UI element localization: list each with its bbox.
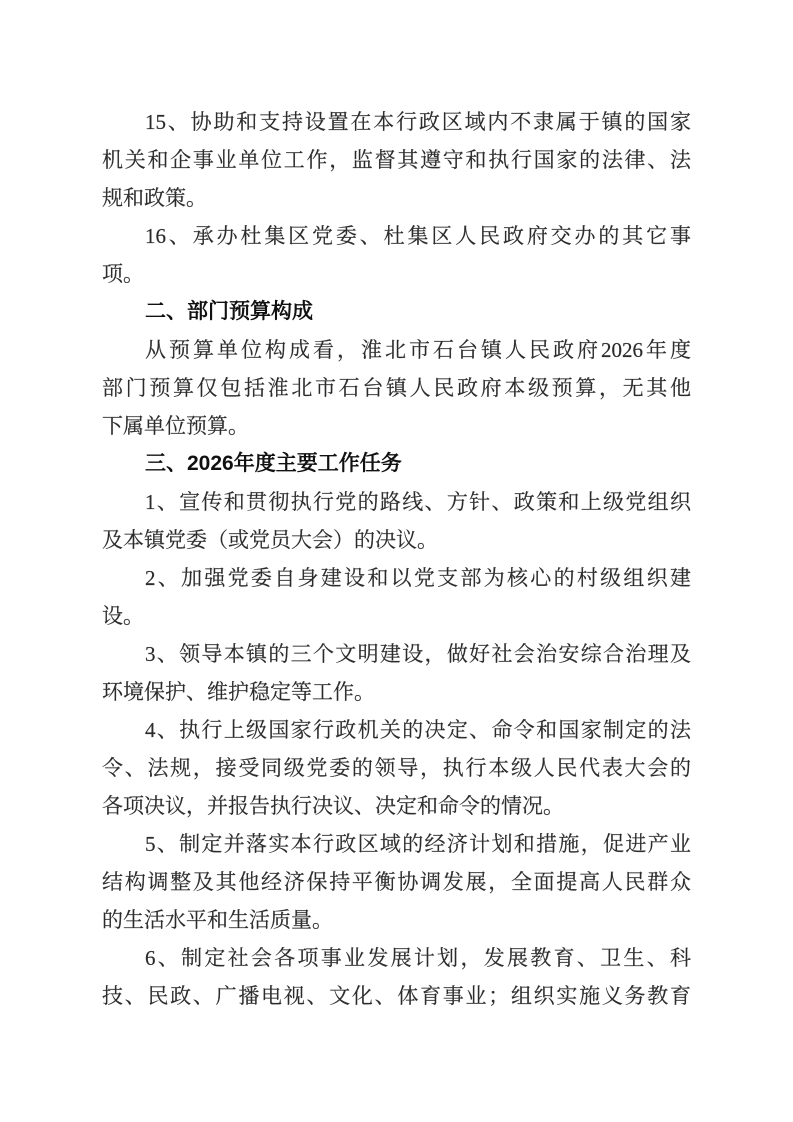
text-line: 6、制定社会各项事业发展计划，发展教育、卫生、科: [102, 939, 691, 977]
section-heading-text: 二、部门预算构成: [102, 293, 691, 331]
text-line: 3、领导本镇的三个文明建设，做好社会治安综合治理及: [102, 635, 691, 673]
text-line: 的生活水平和生活质量。: [102, 901, 691, 939]
text-line: 2、加强党委自身建设和以党支部为核心的村级组织建: [102, 559, 691, 597]
text-line: 环境保护、维护稳定等工作。: [102, 673, 691, 711]
paragraph: 1、宣传和贯彻执行党的路线、方针、政策和上级党组织及本镇党委（或党员大会）的决议…: [102, 483, 691, 559]
text-line: 规和政策。: [102, 179, 691, 217]
paragraph: 4、执行上级国家行政机关的决定、命令和国家制定的法令、法规，接受同级党委的领导，…: [102, 711, 691, 825]
paragraph: 16、承办杜集区党委、杜集区人民政府交办的其它事项。: [102, 217, 691, 293]
text-line: 令、法规，接受同级党委的领导，执行本级人民代表大会的: [102, 749, 691, 787]
section-heading: 二、部门预算构成: [102, 293, 691, 331]
document-content: 15、协助和支持设置在本行政区域内不隶属于镇的国家机关和企事业单位工作，监督其遵…: [102, 103, 691, 1015]
text-line: 1、宣传和贯彻执行党的路线、方针、政策和上级党组织: [102, 483, 691, 521]
text-line: 各项决议，并报告执行决议、决定和命令的情况。: [102, 787, 691, 825]
document-page: 15、协助和支持设置在本行政区域内不隶属于镇的国家机关和企事业单位工作，监督其遵…: [0, 0, 793, 1122]
text-line: 5、制定并落实本行政区域的经济计划和措施，促进产业: [102, 825, 691, 863]
text-line: 设。: [102, 597, 691, 635]
paragraph: 15、协助和支持设置在本行政区域内不隶属于镇的国家机关和企事业单位工作，监督其遵…: [102, 103, 691, 217]
paragraph: 3、领导本镇的三个文明建设，做好社会治安综合治理及环境保护、维护稳定等工作。: [102, 635, 691, 711]
paragraph: 从预算单位构成看，淮北市石台镇人民政府2026年度部门预算仅包括淮北市石台镇人民…: [102, 331, 691, 445]
paragraph: 5、制定并落实本行政区域的经济计划和措施，促进产业结构调整及其他经济保持平衡协调…: [102, 825, 691, 939]
paragraph: 6、制定社会各项事业发展计划，发展教育、卫生、科技、民政、广播电视、文化、体育事…: [102, 939, 691, 1015]
paragraph: 2、加强党委自身建设和以党支部为核心的村级组织建设。: [102, 559, 691, 635]
text-line: 下属单位预算。: [102, 407, 691, 445]
text-line: 15、协助和支持设置在本行政区域内不隶属于镇的国家: [102, 103, 691, 141]
text-line: 项。: [102, 255, 691, 293]
text-line: 及本镇党委（或党员大会）的决议。: [102, 521, 691, 559]
section-heading: 三、2026年度主要工作任务: [102, 445, 691, 483]
text-line: 部门预算仅包括淮北市石台镇人民政府本级预算，无其他: [102, 369, 691, 407]
text-line: 4、执行上级国家行政机关的决定、命令和国家制定的法: [102, 711, 691, 749]
section-heading-text: 三、2026年度主要工作任务: [102, 445, 691, 483]
text-line: 机关和企事业单位工作，监督其遵守和执行国家的法律、法: [102, 141, 691, 179]
text-line: 从预算单位构成看，淮北市石台镇人民政府2026年度: [102, 331, 691, 369]
text-line: 技、民政、广播电视、文化、体育事业；组织实施义务教育: [102, 977, 691, 1015]
text-line: 结构调整及其他经济保持平衡协调发展，全面提高人民群众: [102, 863, 691, 901]
text-line: 16、承办杜集区党委、杜集区人民政府交办的其它事: [102, 217, 691, 255]
